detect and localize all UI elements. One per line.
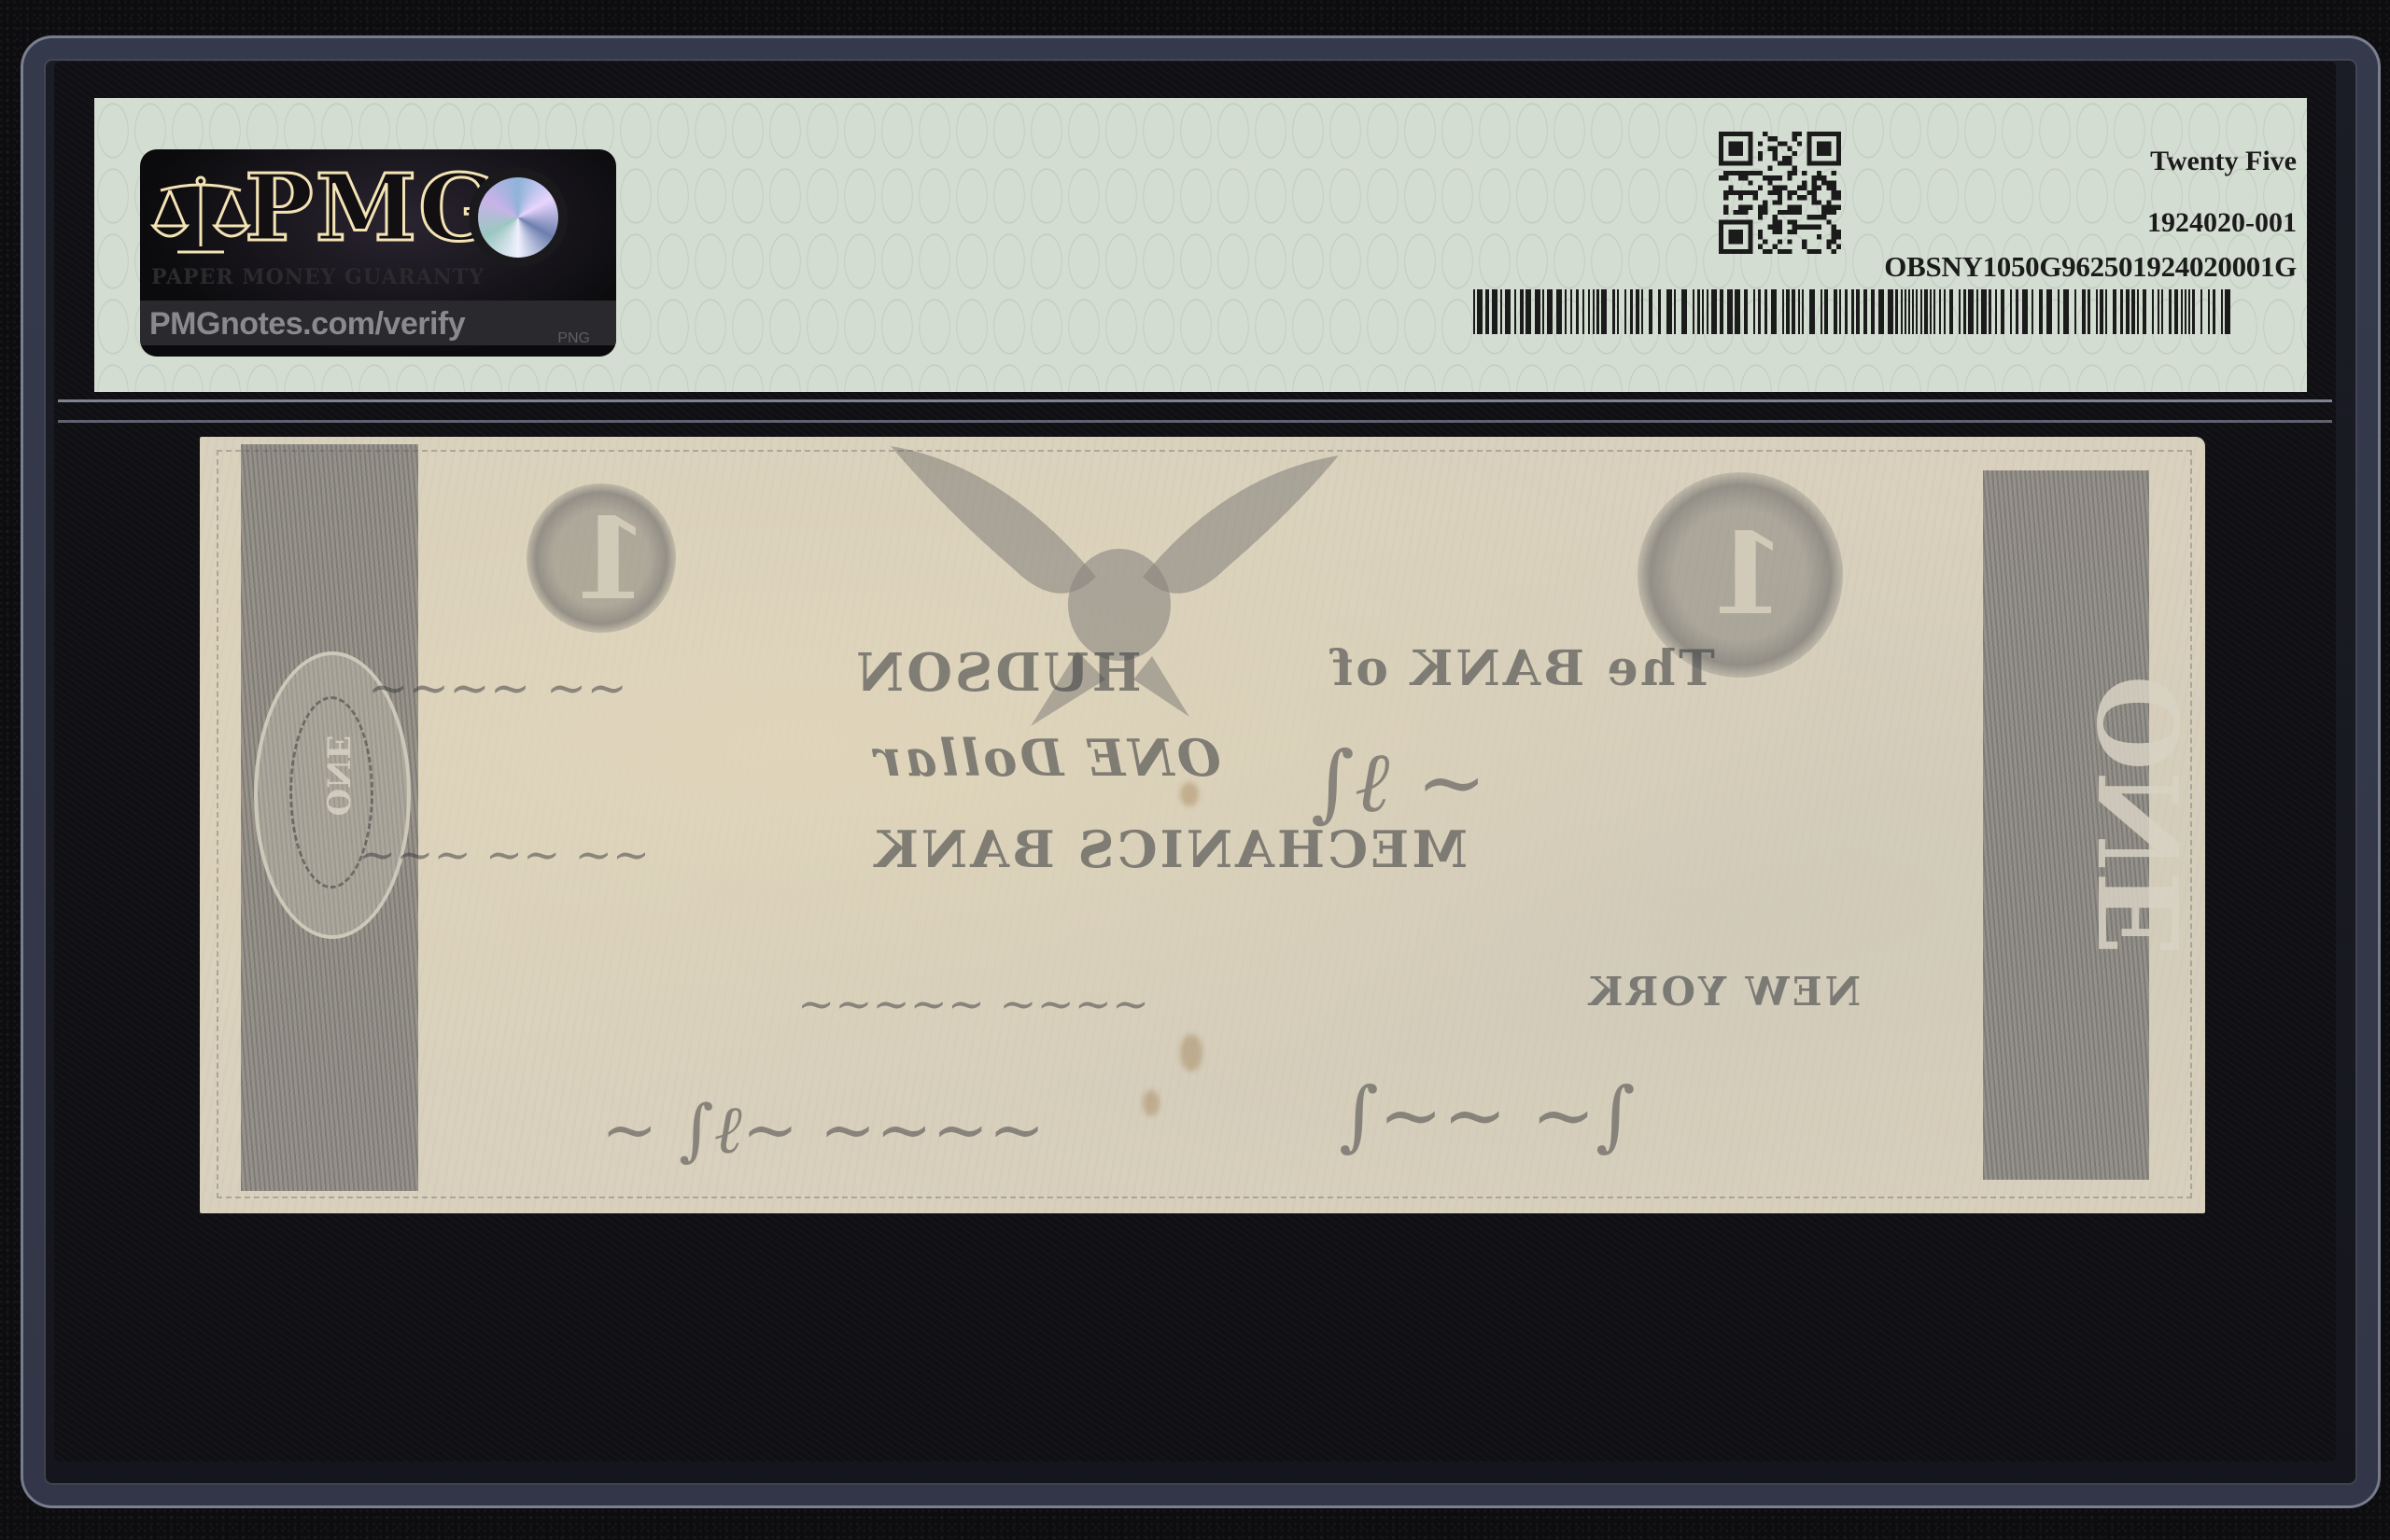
pmg-hologram-sticker: PMG PAPER MONEY GUARANTY PMGnotes.com/ve… <box>140 149 616 357</box>
pmg-tagline: PAPER MONEY GUARANTY <box>151 265 485 289</box>
grade-text: Twenty Five <box>2150 146 2297 177</box>
qr-code-icon[interactable] <box>1719 132 1841 254</box>
barcode-text: OBSNY1050G962501924020001G <box>1884 250 2297 284</box>
bleed-bank-line: The BANK of <box>1329 640 1715 697</box>
left-end-panel: ONE <box>241 444 418 1191</box>
right-numeral: 1 <box>1708 519 1787 631</box>
right-end-panel: ONE <box>1983 470 2149 1180</box>
bleed-handwriting: ~~~~ ~~ <box>368 661 627 717</box>
left-numeral: 1 <box>571 504 650 616</box>
right-panel-word: ONE <box>2075 675 2205 956</box>
hologram-seal-icon <box>478 177 558 258</box>
left-panel-word: ONE <box>318 735 356 817</box>
cert-number: 1924020-001 <box>2147 207 2297 239</box>
hologram-code: PNG <box>557 330 590 347</box>
scales-of-justice-icon <box>149 174 252 258</box>
pmg-logo-text: PMG <box>245 155 499 262</box>
bleed-handwriting: ~~~~~ ~~~~ <box>797 978 1149 1030</box>
bleed-city: HUDSON <box>853 642 1142 704</box>
bleed-place: NEW YORK <box>1586 969 1861 1015</box>
banknote: ONE ONE 1 1 HUDSON The BANK of ONE Dolla… <box>200 437 2205 1213</box>
barcode-icon <box>1473 289 2234 334</box>
paper-stain <box>1180 1034 1202 1071</box>
holder-divider <box>58 420 2332 423</box>
verify-url[interactable]: PMGnotes.com/verify <box>149 306 465 343</box>
bleed-handwriting: ~~~ ~~ ~~ <box>358 829 650 881</box>
bleed-denomination: ONE Dollar <box>872 728 1221 788</box>
bleed-signature: ∫ℓ ~ <box>1311 734 1486 832</box>
paper-stain <box>1143 1090 1160 1116</box>
bleed-signature-president: ∫~~ ~∫ <box>1339 1071 1636 1160</box>
paper-stain <box>1180 782 1199 806</box>
holder-divider <box>58 399 2332 402</box>
bleed-signature-cashier: ~ ∫ℓ~ ~~~~ <box>601 1090 1045 1169</box>
